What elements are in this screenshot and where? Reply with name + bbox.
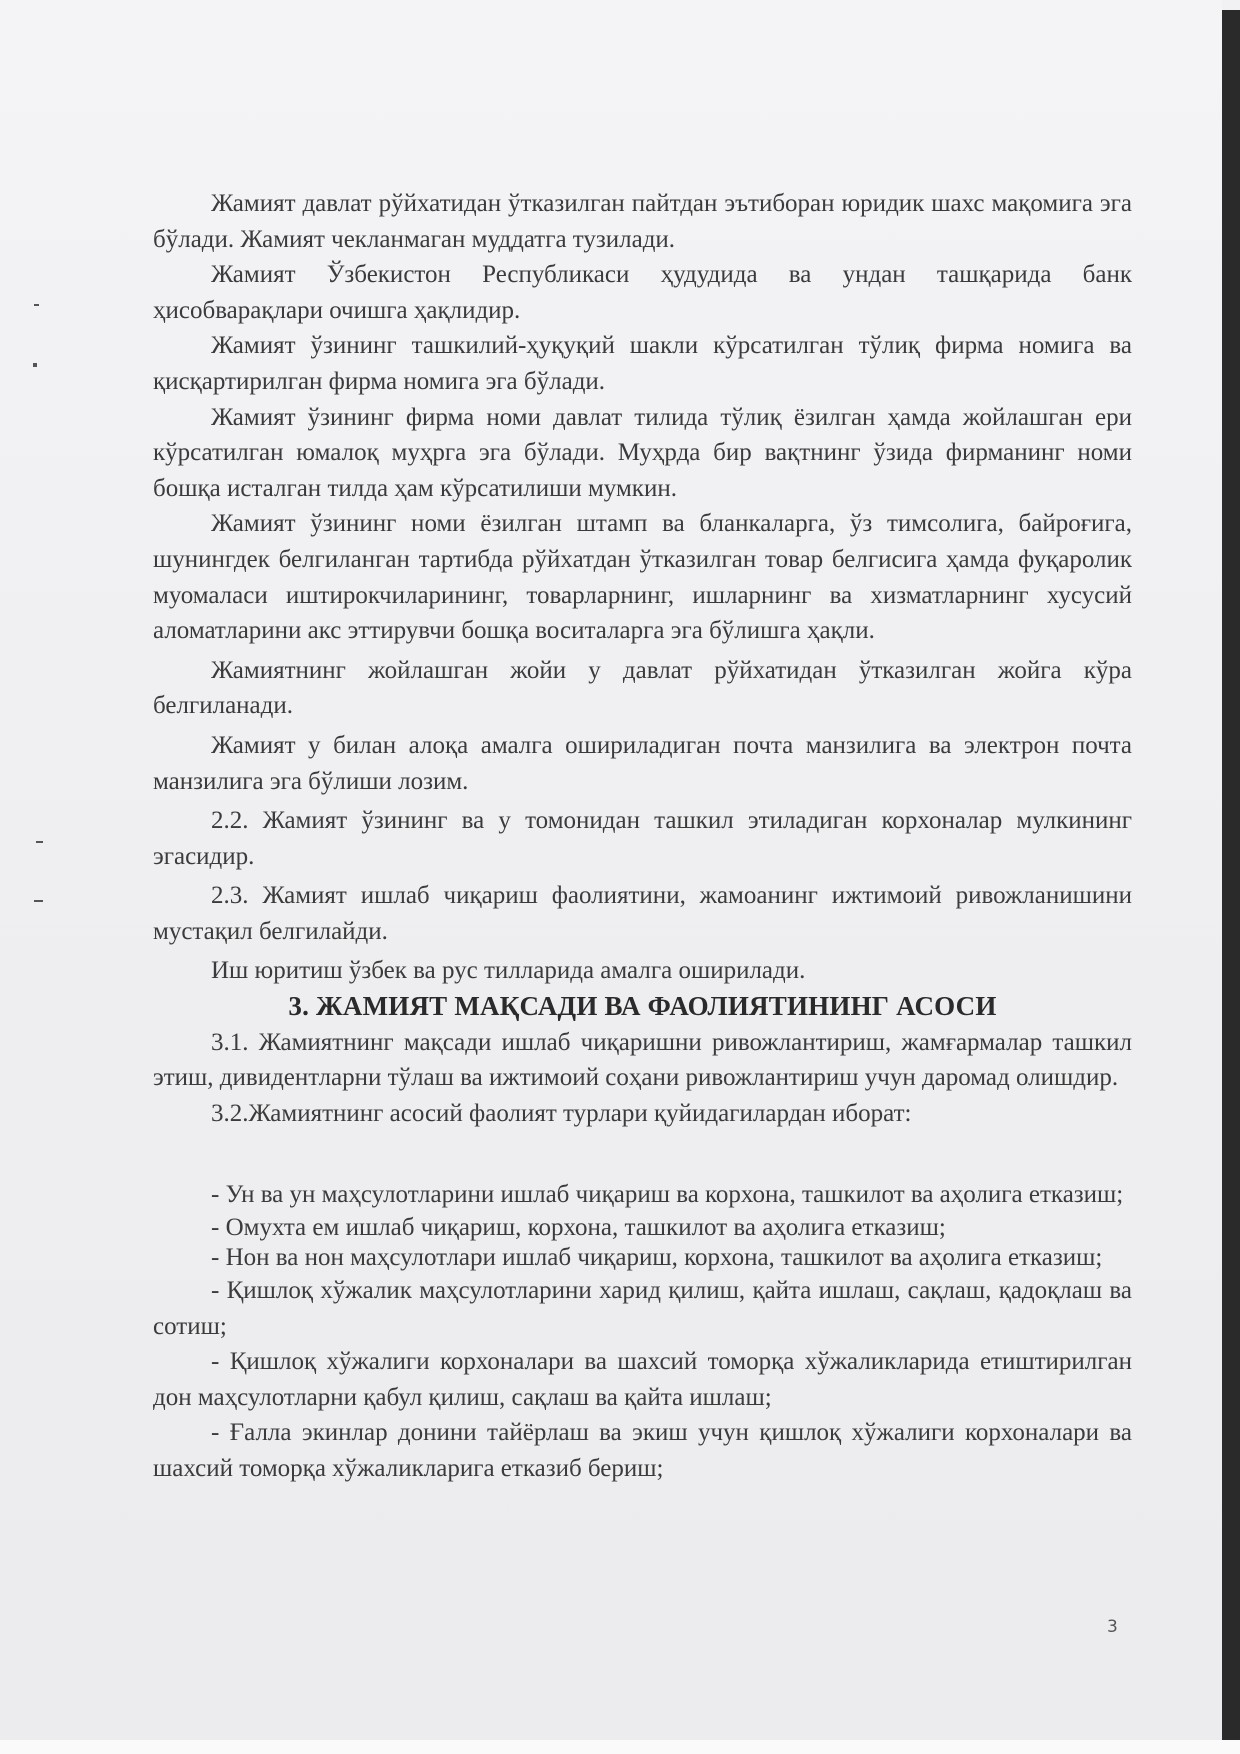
paragraph: Жамият Ўзбекистон Республикаси ҳудудида … xyxy=(153,257,1132,328)
paragraph: Жамият ўзининг фирма номи давлат тилида … xyxy=(153,400,1132,507)
paragraph: Жамиятнинг жойлашган жойи у давлат рўйха… xyxy=(153,653,1132,724)
scanner-edge xyxy=(1222,10,1240,1744)
binding-mark xyxy=(33,363,37,367)
activity-item: - Нон ва нон маҳсулотлари ишлаб чиқариш,… xyxy=(153,1243,1132,1273)
binding-mark xyxy=(36,841,43,843)
activity-item: - Ун ва ун маҳсулотларини ишлаб чиқариш … xyxy=(153,1177,1132,1213)
paragraph: Жамият давлат рўйхатидан ўтказилган пайт… xyxy=(153,186,1132,257)
scanner-bottom-edge xyxy=(0,1740,1240,1754)
paragraph: 2.2. Жамият ўзининг ва у томонидан ташки… xyxy=(153,803,1132,874)
paragraph: Иш юритиш ўзбек ва рус тилларида амалга … xyxy=(153,953,1132,989)
activity-item: - Қишлоқ хўжалиги корхоналари ва шахсий … xyxy=(153,1344,1132,1415)
document-body: Жамият давлат рўйхатидан ўтказилган пайт… xyxy=(153,186,1132,1487)
paragraph: Жамият ўзининг ташкилий-ҳуқуқий шакли кў… xyxy=(153,328,1132,399)
activity-item: - Омухта ем ишлаб чиқариш, корхона, ташк… xyxy=(153,1213,1132,1243)
binding-mark xyxy=(34,900,43,902)
activity-item: - Қишлоқ хўжалик маҳсулотларини харид қи… xyxy=(153,1273,1132,1344)
paragraph: 3.1. Жамиятнинг мақсади ишлаб чиқаришни … xyxy=(153,1025,1132,1096)
activity-item: - Ғалла экинлар донини тайёрлаш ва экиш … xyxy=(153,1415,1132,1486)
paragraph: 3.2.Жамиятнинг асосий фаолият турлари қу… xyxy=(153,1096,1132,1132)
binding-mark xyxy=(34,304,39,306)
paragraph: 2.3. Жамият ишлаб чиқариш фаолиятини, жа… xyxy=(153,878,1132,949)
page-number: 3 xyxy=(1107,1617,1118,1637)
spacer xyxy=(153,1131,1132,1177)
scanned-page: Жамият давлат рўйхатидан ўтказилган пайт… xyxy=(0,0,1222,1740)
paragraph: Жамият у билан алоқа амалга ошириладиган… xyxy=(153,728,1132,799)
paragraph: Жамият ўзининг номи ёзилган штамп ва бла… xyxy=(153,506,1132,648)
section-heading: 3. ЖАМИЯТ МАҚСАДИ ВА ФАОЛИЯТИНИНГ АСОСИ xyxy=(153,989,1132,1025)
